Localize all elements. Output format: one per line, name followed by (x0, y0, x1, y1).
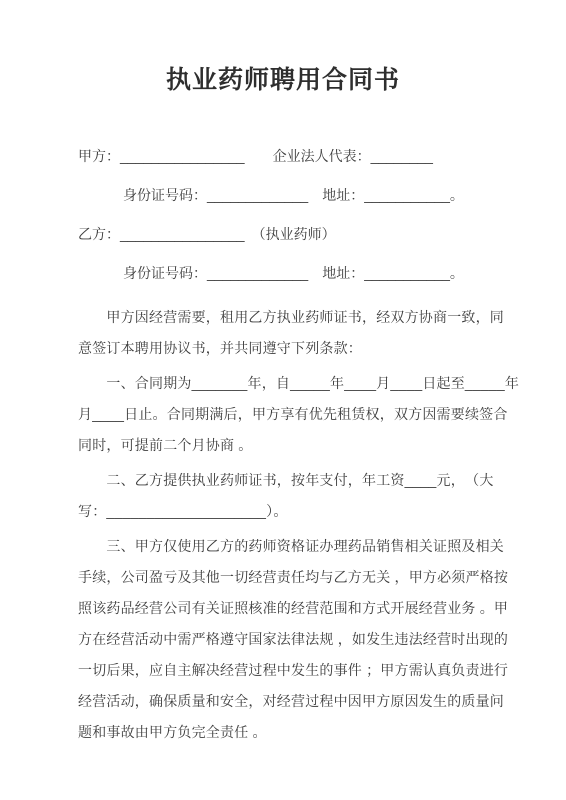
document-line: 意签订本聘用协议书，并共同遵守下列条款： (78, 333, 518, 364)
document-line: 方在经营活动中需严格遵守国家法律法规 ，如发生违法经营时出现的 (78, 624, 518, 655)
document-title: 执业药师聘用合同书 (0, 0, 566, 96)
contract-paragraph-intro: 甲方因经营需要，租用乙方执业药师证书，经双方协商一致，同意签订本聘用协议书，并共… (78, 302, 518, 364)
party-row: 身份证号码：_____________ 地址：___________。 (123, 185, 566, 205)
contract-paragraph-clause-1: 一、合同期为_______年，自_____年____月____日起至_____年… (78, 368, 518, 461)
document-line: 甲方因经营需要，租用乙方执业药师证书，经双方协商一致，同 (78, 302, 518, 333)
document-line: 照该药品经营公司有关证照核准的经营范围和方式开展经营业务 。甲 (78, 593, 518, 624)
contract-body: 甲方因经营需要，租用乙方执业药师证书，经双方协商一致，同意签订本聘用协议书，并共… (78, 302, 518, 748)
document-line: 写：____________________）。 (78, 496, 518, 527)
party-row: 身份证号码：_____________ 地址：___________。 (123, 263, 566, 283)
document-line: 三、甲方仅使用乙方的药师资格证办理药品销售相关证照及相关 (78, 531, 518, 562)
document-line: 题和事故由甲方负完全责任 。 (78, 717, 518, 748)
contract-paragraph-clause-2: 二、乙方提供执业药师证书，按年支付，年工资____元， （大写：________… (78, 465, 518, 527)
contract-document-page: 执业药师聘用合同书 甲方：________________ 企业法人代表：___… (0, 0, 566, 800)
document-line: 一切后果，应自主解决经营过程中发生的事件 ；甲方需认真负责进行 (78, 655, 518, 686)
document-line: 一、合同期为_______年，自_____年____月____日起至_____年 (78, 368, 518, 399)
document-line: 经营活动，确保质量和安全，对经营过程中因甲方原因发生的质量问 (78, 686, 518, 717)
party-row: 乙方：________________ （执业药师） (78, 224, 566, 244)
document-line: 手续，公司盈亏及其他一切经营责任均与乙方无关 ，甲方必须严格按 (78, 562, 518, 593)
party-row: 甲方：________________ 企业法人代表：________ (78, 146, 566, 166)
contract-paragraph-clause-3: 三、甲方仅使用乙方的药师资格证办理药品销售相关证照及相关手续，公司盈亏及其他一切… (78, 531, 518, 748)
party-info-section: 甲方：________________ 企业法人代表：________身份证号码… (78, 146, 566, 283)
document-line: 二、乙方提供执业药师证书，按年支付，年工资____元， （大 (78, 465, 518, 496)
document-line: 月____日止。合同期满后，甲方享有优先租赁权，双方因需要续签合 (78, 399, 518, 430)
document-line: 同时，可提前二个月协商 。 (78, 430, 518, 461)
